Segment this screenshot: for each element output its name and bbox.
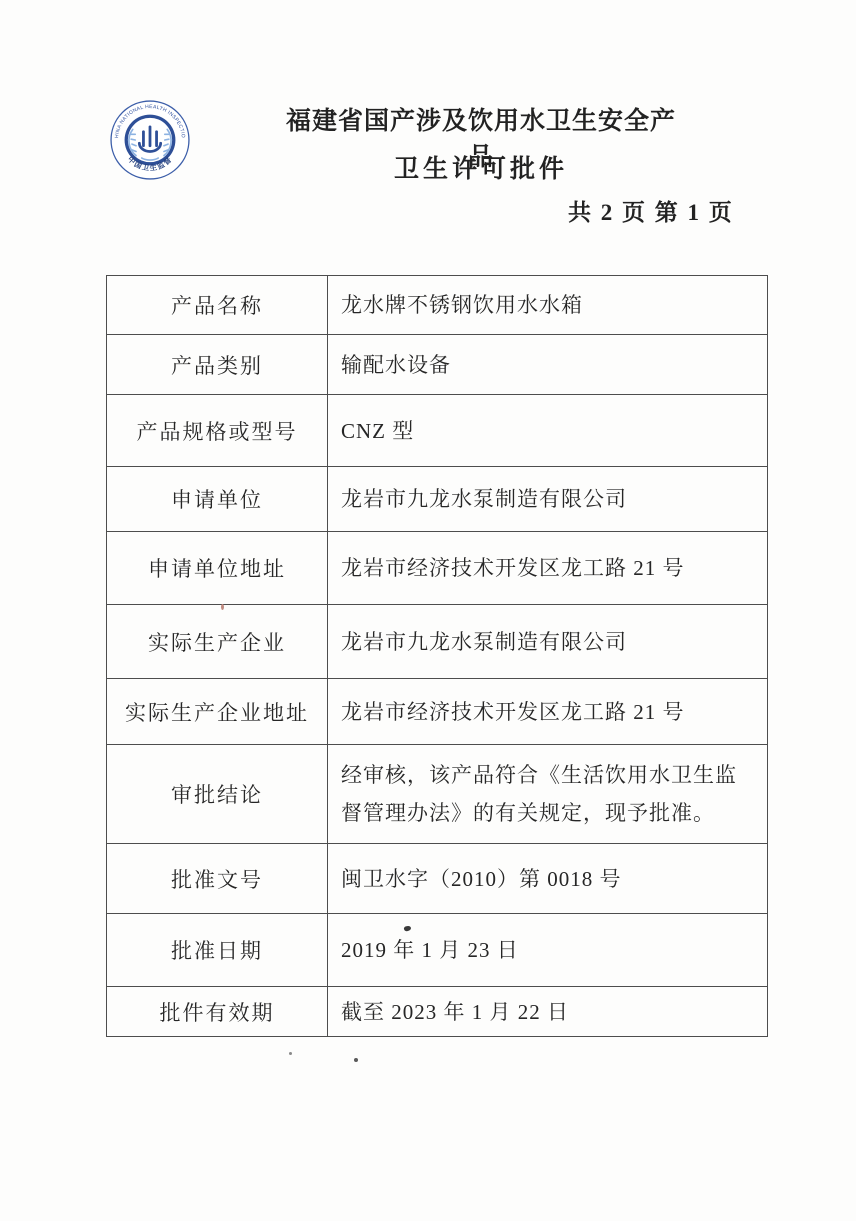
health-inspection-emblem: CHINA NATIONAL HEALTH INSPECTION 中国卫生监督 <box>109 97 191 183</box>
row-label: 批件有效期 <box>107 987 328 1036</box>
row-value: 输配水设备 <box>328 335 767 394</box>
permit-table: 产品名称 龙水牌不锈钢饮用水水箱 产品类别 输配水设备 产品规格或型号 CNZ … <box>106 275 768 1037</box>
emblem-icon: CHINA NATIONAL HEALTH INSPECTION 中国卫生监督 <box>109 97 191 183</box>
table-row-product-name: 产品名称 龙水牌不锈钢饮用水水箱 <box>107 276 767 334</box>
row-label: 批准文号 <box>107 844 328 913</box>
row-label: 产品名称 <box>107 276 328 334</box>
row-label: 审批结论 <box>107 745 328 843</box>
table-row-approval-date: 批准日期 2019 年 1 月 23 日 <box>107 913 767 986</box>
table-row-applicant-address: 申请单位地址 龙岩市经济技术开发区龙工路 21 号 <box>107 531 767 604</box>
row-value: 经审核，该产品符合《生活饮用水卫生监督管理办法》的有关规定，现予批准。 <box>328 745 767 843</box>
table-row-manufacturer: 实际生产企业 龙岩市九龙水泵制造有限公司 <box>107 604 767 678</box>
row-label: 批准日期 <box>107 914 328 986</box>
row-value: 龙岩市九龙水泵制造有限公司 <box>328 467 767 531</box>
row-value: 龙岩市经济技术开发区龙工路 21 号 <box>328 679 767 744</box>
page-number-info: 共 2 页 第 1 页 <box>568 194 734 227</box>
table-row-applicant: 申请单位 龙岩市九龙水泵制造有限公司 <box>107 466 767 531</box>
table-row-manufacturer-address: 实际生产企业地址 龙岩市经济技术开发区龙工路 21 号 <box>107 678 767 744</box>
row-value: 2019 年 1 月 23 日 <box>328 914 767 986</box>
row-value: CNZ 型 <box>328 395 767 466</box>
permit-document-page: { "header": { "title_line1": "福建省国产涉及饮用水… <box>0 0 856 1221</box>
table-row-product-model: 产品规格或型号 CNZ 型 <box>107 394 767 466</box>
scan-artifact <box>221 604 224 610</box>
scan-artifact <box>289 1052 292 1055</box>
row-value: 龙岩市九龙水泵制造有限公司 <box>328 605 767 678</box>
table-row-approval-number: 批准文号 闽卫水字（2010）第 0018 号 <box>107 843 767 913</box>
table-row-approval-conclusion: 审批结论 经审核，该产品符合《生活饮用水卫生监督管理办法》的有关规定，现予批准。 <box>107 744 767 843</box>
document-title-line2: 卫生许可批件 <box>275 149 687 185</box>
scan-artifact <box>354 1058 358 1062</box>
row-label: 申请单位 <box>107 467 328 531</box>
row-label: 实际生产企业 <box>107 605 328 678</box>
row-value: 龙岩市经济技术开发区龙工路 21 号 <box>328 532 767 604</box>
row-label: 申请单位地址 <box>107 532 328 604</box>
row-value: 龙水牌不锈钢饮用水水箱 <box>328 276 767 334</box>
row-value: 截至 2023 年 1 月 22 日 <box>328 987 767 1036</box>
table-row-product-category: 产品类别 输配水设备 <box>107 334 767 394</box>
table-row-validity-period: 批件有效期 截至 2023 年 1 月 22 日 <box>107 986 767 1036</box>
row-label: 产品类别 <box>107 335 328 394</box>
row-value: 闽卫水字（2010）第 0018 号 <box>328 844 767 913</box>
row-label: 产品规格或型号 <box>107 395 328 466</box>
row-label: 实际生产企业地址 <box>107 679 328 744</box>
